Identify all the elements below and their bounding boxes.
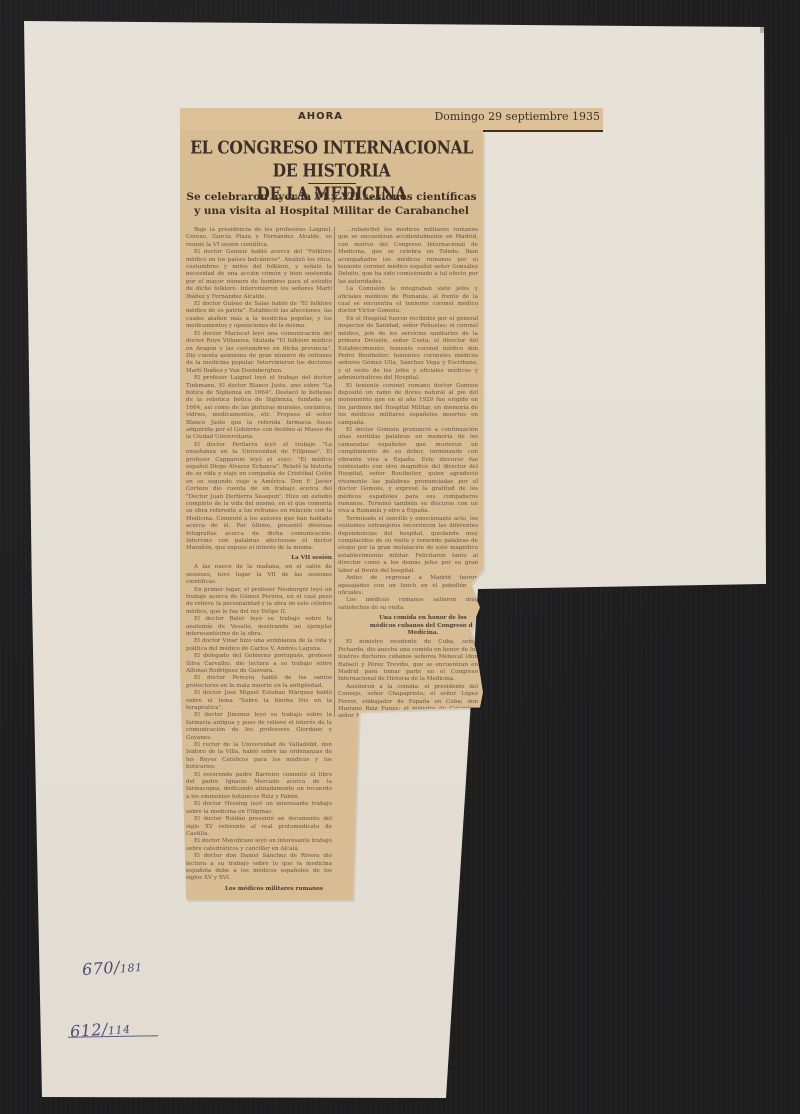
article-paragraph: El rector de la Universidad de Valladoli…: [186, 742, 332, 772]
newspaper-masthead: AHORA: [298, 111, 343, 122]
article-paragraph: El doctor Baler leyó su trabajo sobre la…: [186, 616, 332, 638]
article-paragraph: El teniente coronel rumano doctor Gomoiu…: [338, 383, 478, 427]
article-paragraph: El doctor don Daniel Sánchez de Rivera d…: [186, 853, 332, 883]
dateline: Domingo 29 septiembre 1935: [434, 110, 600, 123]
article-paragraph: En el Hospital fueron recibidos por el g…: [338, 316, 478, 383]
article-column-right: ...rabanchel los médicos militares ruman…: [338, 227, 478, 717]
article-paragraph: Terminado el sencillo y emocionante acto…: [338, 516, 478, 575]
headline-rule: [308, 183, 356, 184]
article-section-heading: Los médicos militares rumanos visitan el…: [186, 886, 332, 891]
article-paragraph: El profesor Laignel leyó el trabajo del …: [186, 375, 332, 442]
article-paragraph: A las nueve de la mañana, en el salón de…: [186, 564, 332, 586]
article-paragraph: El doctor Roldán presentó un documento d…: [186, 816, 332, 838]
article-paragraph: El doctor Mayobrazo leyó un interesante …: [186, 838, 332, 853]
pencil-number-main: 612: [69, 1020, 102, 1041]
article-paragraph: El doctor Pereyra habló de los santos pr…: [186, 675, 332, 690]
article-paragraph: El doctor Mariscal leyó una comunicación…: [186, 331, 332, 375]
article-paragraph: El ministro residente de Cuba, señor Pic…: [338, 639, 478, 683]
article-paragraph: En primer lugar, el profesor Neuburger l…: [186, 587, 332, 617]
article-subheadline: Se celebraron ayer la VI y VII sesiones …: [180, 190, 483, 218]
article-paragraph: Antes de regresar a Madrid fueron agasaj…: [338, 575, 478, 597]
article-paragraph: La Comisión la integraban siete jefes y …: [338, 286, 478, 316]
article-paragraph: El doctor Gomeiz habló acerca del "Folkl…: [186, 249, 332, 301]
article-paragraph: El delegado del Gobierno portugués, prof…: [186, 653, 332, 675]
article-paragraph: El doctor Gomoiu pronunció a continuació…: [338, 427, 478, 516]
article-section-heading: La VII sesión: [186, 555, 332, 562]
article-paragraph: El doctor Hessing leyó un interesante tr…: [186, 801, 332, 816]
pencil-number-sub: 181: [120, 961, 143, 976]
article-paragraph: El doctor José Miguel Esteban Márquez ha…: [186, 690, 332, 712]
article-paragraph: El doctor Perilarra leyó el trabajo "La …: [186, 442, 332, 553]
article-paragraph: Bajo la presidencia de los profesores La…: [186, 227, 332, 249]
column-divider: [334, 227, 335, 717]
pencil-number-main: 670: [81, 958, 114, 979]
article-paragraph: El doctor Vinar hizo una semblanza de la…: [186, 638, 332, 653]
article-paragraph: El doctor Guíseo de Salas habló de "El f…: [186, 301, 332, 331]
article-section-heading: Una comida en honor de los médicos cuban…: [338, 615, 478, 637]
corner-pin-mark: [760, 27, 764, 33]
article-paragraph: ...rabanchel los médicos militares ruman…: [338, 227, 478, 286]
article-paragraph: El reverendo padre Barreiro comentó el l…: [186, 772, 332, 802]
clipping-header-strip: AHORA Domingo 29 septiembre 1935: [180, 108, 603, 132]
article-column-left: Bajo la presidencia de los profesores La…: [186, 227, 332, 891]
article-paragraph: El doctor Jiménez leyó su trabajo sobre …: [186, 712, 332, 742]
article-paragraph: Los médicos rumanos salieron muy satisfe…: [338, 597, 478, 612]
